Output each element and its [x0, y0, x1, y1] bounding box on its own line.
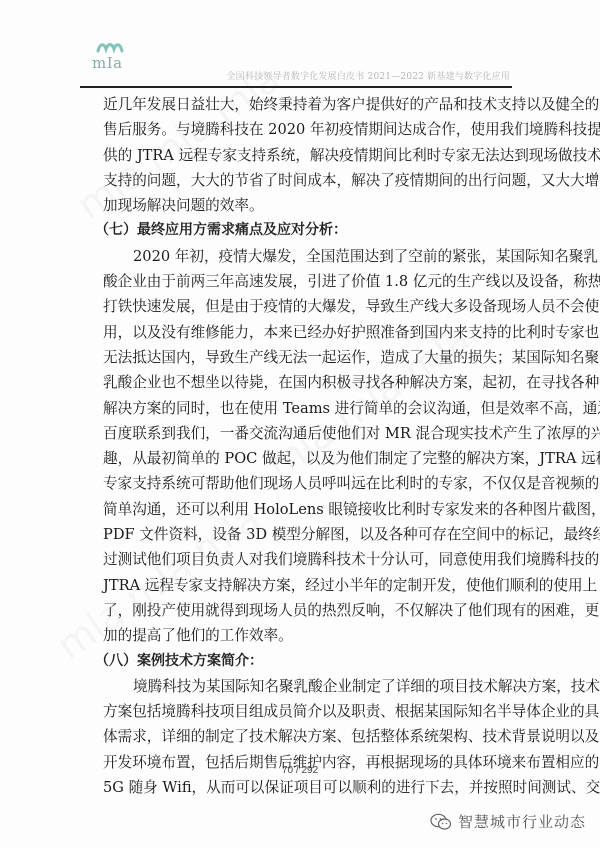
- text-line: 体需求，详细的制定了技术解决方案、包括整体系统架构、技术背景说明以及: [103, 724, 515, 749]
- text-line: 趣，从最初简单的 POC 做起，以及为他们制定了完整的解决方案，JTRA 远程: [103, 446, 515, 471]
- text-line: 供的 JTRA 远程专家支持系统，解决疫情期间比利时专家无法达到现场做技术: [103, 143, 515, 168]
- text-line: 加现场解决问题的效率。: [103, 193, 515, 218]
- text-line: 无法抵达国内，导致生产线无法一起运作，造成了大量的损失；某国际知名聚: [103, 345, 515, 370]
- text-line: 简单沟通，还可以利用 HoloLens 眼镜接收比利时专家发来的各种图片截图，: [103, 497, 515, 522]
- text-line: 过测试他们项目负责人对我们境腾科技术十分认可，同意使用我们境腾科技的: [103, 547, 515, 572]
- logo-mark-icon: [96, 40, 124, 54]
- footer-brand-text: 智慧城市行业动态: [458, 811, 586, 832]
- text-line: 境腾科技为某国际知名聚乳酸企业制定了详细的项目技术解决方案，技术: [103, 674, 515, 699]
- text-line: 百度联系到我们，一番交流沟通后使他们对 MR 混合现实技术产生了浓厚的兴: [103, 421, 515, 446]
- text-line: 近几年发展日益壮大，始终秉持着为客户提供好的产品和技术支持以及健全的: [103, 92, 515, 117]
- footer-brand: 智慧城市行业动态: [430, 811, 586, 832]
- text-line: 售后服务。与境腾科技在 2020 年初疫情期间达成合作，使用我们境腾科技提: [103, 117, 515, 142]
- text-line: 加的提高了他们的工作效率。: [103, 623, 515, 648]
- text-line: 乳酸企业也不想坐以待毙，在国内积极寻找各种解决方案，起初，在寻找各种: [103, 370, 515, 395]
- logo: mIa: [92, 40, 132, 80]
- section-heading: （八）案例技术方案简介：: [95, 649, 515, 674]
- text-line: 解决方案的同时，也在使用 Teams 进行简单的会议沟通，但是效率不高，通过: [103, 396, 515, 421]
- text-line: 用，以及没有维修能力，本来已经办好护照准备到国内来支持的比利时专家也: [103, 320, 515, 345]
- text-line: 打铁快速发展，但是由于疫情的大爆发，导致生产线大多设备现场人员不会使: [103, 294, 515, 319]
- text-line: 支持的问题，大大的节省了时间成本，解决了疫情期间的出行问题，又大大增: [103, 168, 515, 193]
- section-heading: （七）最终应用方需求痛点及应对分析：: [95, 218, 515, 243]
- text-line: 了，刚投产使用就得到现场人员的热烈反响，不仅解决了他们现有的困难，更: [103, 598, 515, 623]
- wechat-icon: [430, 813, 452, 831]
- body-text: 近几年发展日益壮大，始终秉持着为客户提供好的产品和技术支持以及健全的 售后服务。…: [103, 92, 515, 800]
- text-line: PDF 文件资料，设备 3D 模型分解图，以及各种可存在空间中的标记，最终经: [103, 522, 515, 547]
- document-page: mla mla mla mla mla mla mla mla mla mIa …: [0, 0, 600, 848]
- running-head: 全国科技领导者数字化发展白皮书 2021—2022 新基建与数字化应用: [226, 69, 510, 82]
- text-line: 酸企业由于前两三年高速发展，引进了价值 1.8 亿元的生产线以及设备，称热: [103, 269, 515, 294]
- page-number: 70 / 292: [282, 765, 318, 776]
- text-line: 5G 随身 Wifi，从而可以保证项目可以顺利的进行下去，并按照时间测试、交付，: [103, 775, 515, 800]
- header-rule: [80, 86, 512, 88]
- text-line: 专家支持系统可帮助他们现场人员呼叫远在比利时的专家，不仅仅是音视频的: [103, 471, 515, 496]
- text-line: JTRA 远程专家支持解决方案，经过小半年的定制开发，使他们顺利的使用上: [103, 573, 515, 598]
- text-line: 2020 年初，疫情大爆发，全国范围达到了空前的紧张，某国际知名聚乳: [103, 244, 515, 269]
- logo-text: mIa: [92, 54, 123, 72]
- text-line: 方案包括境腾科技项目组成员简介以及职责、根据某国际知名半导体企业的具: [103, 699, 515, 724]
